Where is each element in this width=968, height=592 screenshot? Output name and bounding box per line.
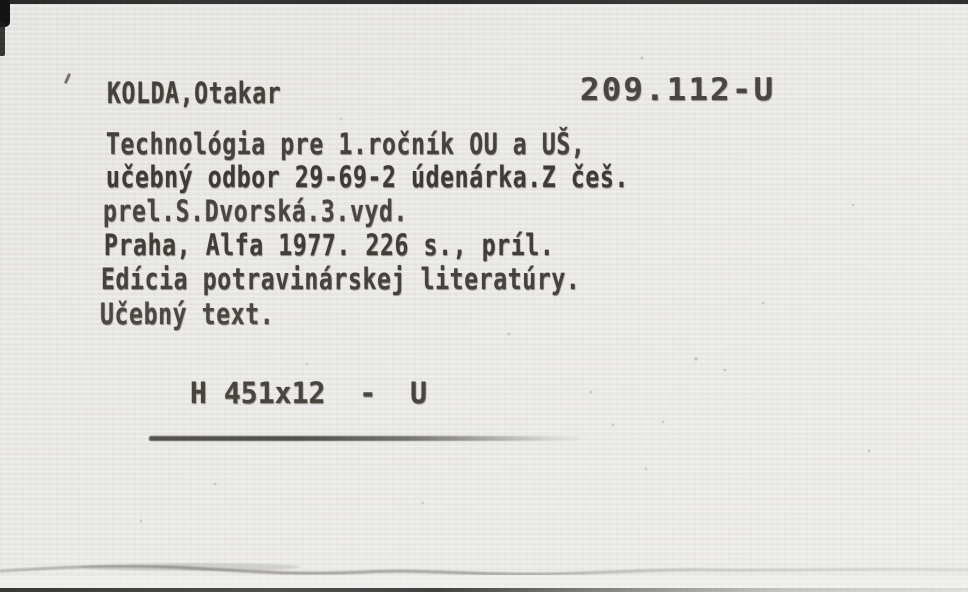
- typewritten-text-block: KOLDA,Otakar 209.112-U Technológia pre 1…: [0, 0, 968, 592]
- note-line: Učebný text.: [100, 300, 274, 329]
- title-line-2: učebný odbor 29-69-2 údenárka.Z češ.: [106, 163, 629, 192]
- imprint-line: Praha, Alfa 1977. 226 s., príl.: [104, 231, 554, 260]
- scanner-bed-gap: [0, 576, 968, 588]
- author-heading: KOLDA,Otakar: [107, 79, 281, 108]
- call-number: 209.112-U: [580, 75, 775, 106]
- shelf-mark: H 451x12 - U: [190, 379, 427, 408]
- title-line-1: Technológia pre 1.ročník OU a UŠ,: [106, 130, 585, 159]
- series-line: Edícia potravinárskej literatúry.: [101, 265, 580, 294]
- shelf-mark-underline-rule: [149, 436, 581, 441]
- scan-edge-bottom: [0, 588, 968, 592]
- catalog-card-scan: KOLDA,Otakar 209.112-U Technológia pre 1…: [0, 0, 968, 592]
- translation-note-line: prel.S.Dvorská.3.vyd.: [103, 197, 408, 226]
